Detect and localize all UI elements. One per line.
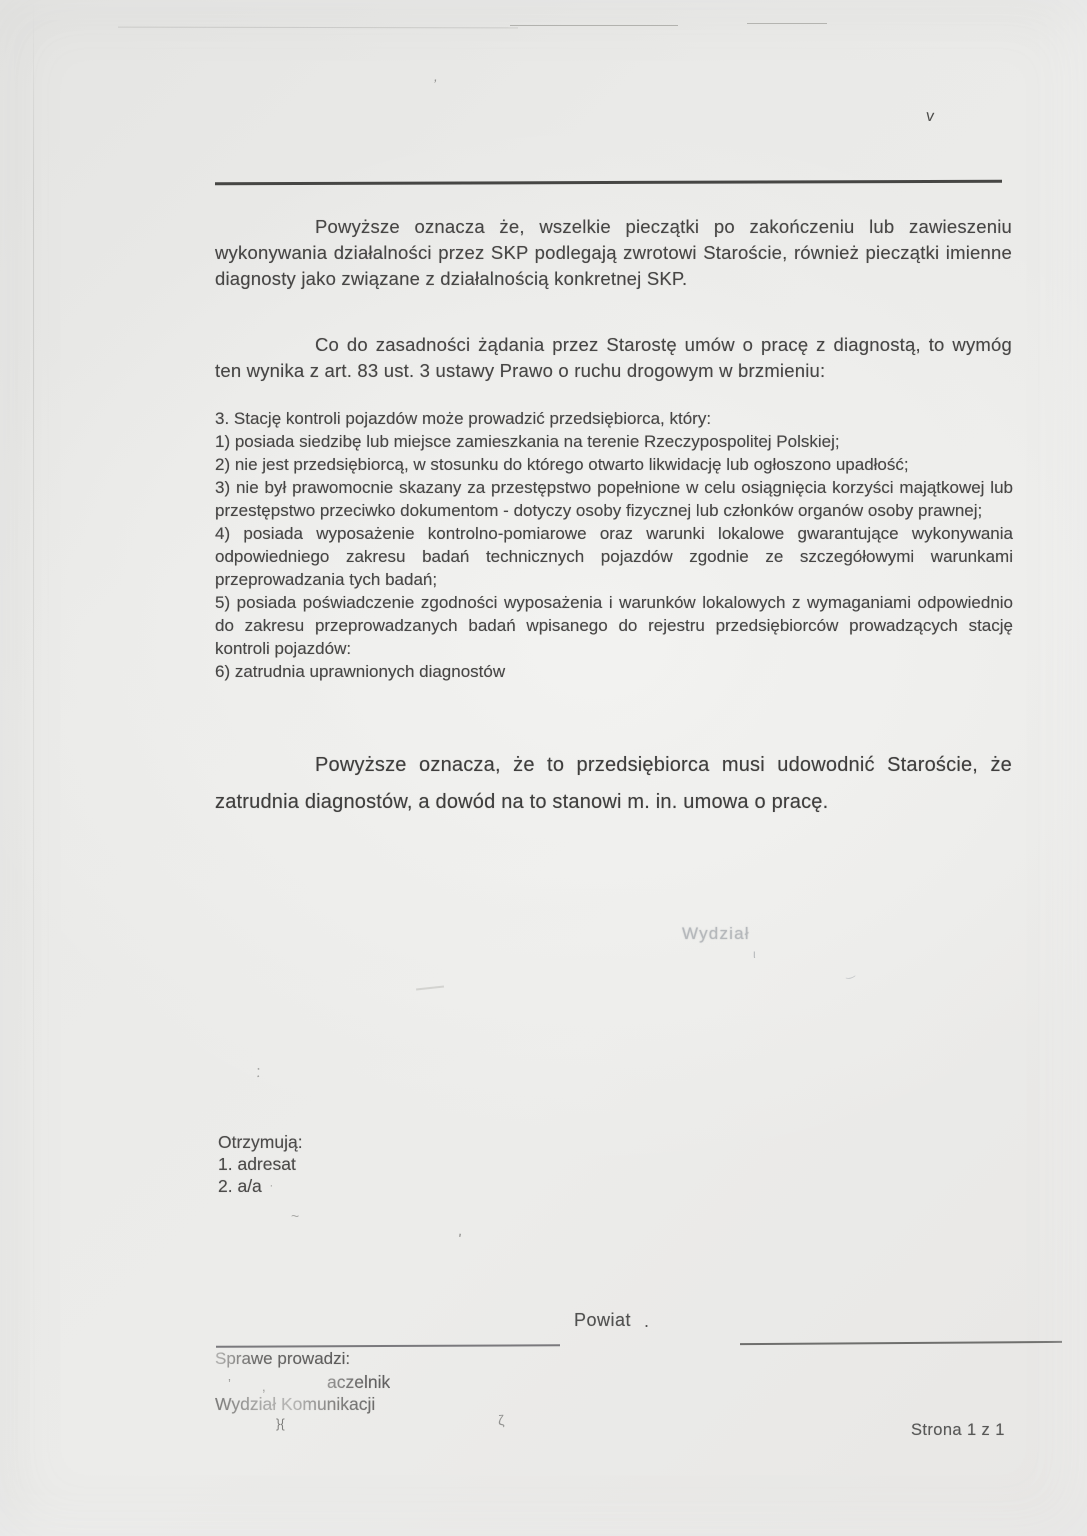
separator-rule	[215, 180, 1002, 185]
legal-list-item: 2) nie jest przedsiębiorcą, w stosunku d…	[215, 453, 1013, 476]
scan-speck-powiat-dot: .	[644, 1311, 649, 1332]
scan-speck-dots: ·.	[250, 1063, 271, 1082]
scan-speck-curve: ‿	[844, 965, 856, 980]
scan-speck-stamp-tail: ι	[753, 947, 756, 961]
paragraph-legal-basis: Co do zasadności żądania przez Starostę …	[215, 332, 1012, 384]
scan-speck-after-aa: · ·	[256, 1178, 276, 1192]
legal-list-item: 1) posiada siedzibę lub miejsce zamieszk…	[215, 430, 1013, 453]
scan-speck-v-mark: v	[925, 108, 935, 127]
legal-list-item: 4) posiada wyposażenie kontrolno-pomiaro…	[215, 522, 1013, 591]
scanned-page-background: ’ v Powyższe oznacza że, wszelkie pieczą…	[0, 0, 1087, 1536]
legal-list-item: 6) zatrudnia uprawnionych diagnostów	[215, 660, 1013, 683]
scan-speck-pretick: ,	[262, 1379, 266, 1394]
paragraph-stamps-return: Powyższe oznacza że, wszelkie pieczątki …	[215, 214, 1012, 292]
legal-list-item: 3) nie był prawomocnie skazany za przest…	[215, 476, 1013, 522]
scan-speck-pretick: ’	[228, 1376, 231, 1391]
signer-title: aczelnik	[327, 1372, 390, 1393]
legal-list-item: 5) posiada poświadczenie zgodności wypos…	[215, 591, 1013, 660]
powiat-label: Powiat	[574, 1310, 631, 1331]
footer-underline-right	[740, 1341, 1062, 1345]
scan-speck-brace: }{	[276, 1416, 285, 1431]
scan-speck-tilde: ~	[291, 1208, 299, 1224]
legal-list-intro: 3. Stację kontroli pojazdów może prowadz…	[215, 407, 1013, 430]
case-handler-label: Sprawe prowadzi:	[215, 1349, 350, 1369]
signer-department: Wydział Komunikacji	[215, 1394, 375, 1415]
paper-crease-line	[33, 0, 34, 1536]
top-edge-faint-line-left	[118, 27, 518, 29]
scan-speck-squiggle-line	[416, 986, 444, 990]
paragraph-conclusion: Powyższe oznacza, że to przedsiębiorca m…	[215, 747, 1012, 821]
ghost-stamp-wydzial: Wydział	[682, 924, 750, 944]
legal-list: 3. Stację kontroli pojazdów może prowadz…	[215, 407, 1013, 683]
top-edge-faint-line-right	[747, 23, 827, 24]
footer-underline-left	[216, 1344, 560, 1347]
scan-speck-tick: '	[457, 1231, 462, 1248]
scan-speck-zeta: ζ	[497, 1412, 504, 1428]
scan-speck-apostrophe: ’	[431, 76, 437, 92]
page-number: Strona 1 z 1	[911, 1421, 1005, 1440]
recipient-item: 1. adresat	[218, 1153, 303, 1175]
recipients-heading: Otrzymują:	[218, 1131, 303, 1153]
top-edge-faint-line-mid	[510, 25, 678, 26]
